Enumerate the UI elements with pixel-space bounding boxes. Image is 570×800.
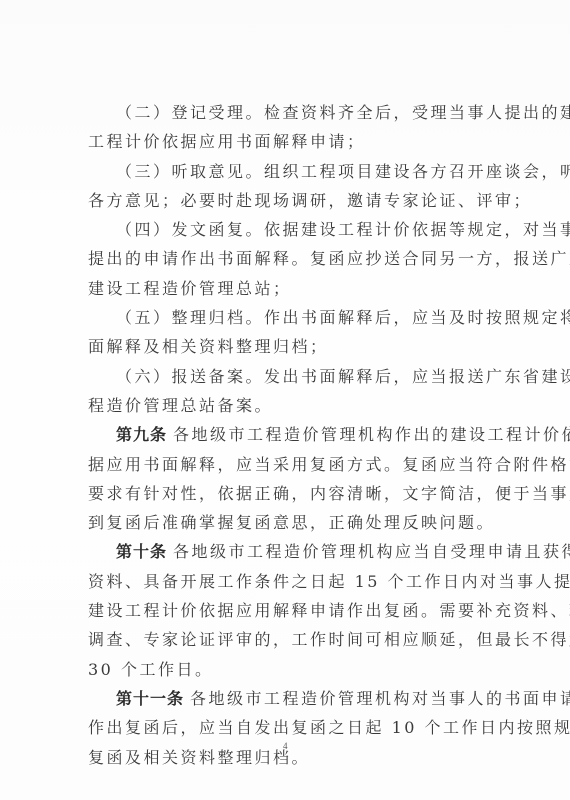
- article-line: 第十条各地级市工程造价管理机构应当自受理申请且获得: [88, 537, 502, 566]
- line-text: 建设工程造价管理总站；: [88, 279, 292, 298]
- line-text: （六）报送备案。发出书面解释后，应当报送广东省建设工: [116, 367, 570, 386]
- line-text: 建设工程计价依据应用解释申请作出复函。需要补充资料、现场: [88, 601, 570, 620]
- text-line: 各方意见；必要时赴现场调研，邀请专家论证、评审；: [88, 186, 502, 215]
- text-line: 程造价管理总站备案。: [88, 391, 502, 420]
- text-line: （六）报送备案。发出书面解释后，应当报送广东省建设工: [88, 362, 502, 391]
- text-line: （五）整理归档。作出书面解释后，应当及时按照规定将书: [88, 303, 502, 332]
- article-number: 第十一条: [116, 689, 184, 708]
- text-line: 复函及相关资料整理归档。: [88, 743, 502, 772]
- line-text: 各方意见；必要时赴现场调研，邀请专家论证、评审；: [88, 191, 532, 210]
- text-line: 资料、具备开展工作条件之日起 15 个工作日内对当事人提出的: [88, 567, 502, 596]
- text-line: （四）发文函复。依据建设工程计价依据等规定，对当事人: [88, 215, 502, 244]
- line-text: 30 个工作日。: [88, 660, 213, 679]
- text-line: 面解释及相关资料整理归档；: [88, 332, 502, 361]
- article-number: 第十条: [116, 542, 167, 561]
- article-line: 第九条各地级市工程造价管理机构作出的建设工程计价依: [88, 420, 502, 449]
- line-text: （二）登记受理。检查资料齐全后，受理当事人提出的建设: [116, 103, 570, 122]
- line-text: （四）发文函复。依据建设工程计价依据等规定，对当事人: [116, 220, 570, 239]
- line-text: 面解释及相关资料整理归档；: [88, 337, 329, 356]
- line-text: （五）整理归档。作出书面解释后，应当及时按照规定将书: [116, 308, 570, 327]
- page-number: 4: [283, 741, 288, 751]
- line-text: 据应用书面解释，应当采用复函方式。复函应当符合附件格式，: [88, 455, 570, 474]
- text-line: 调查、专家论证评审的，工作时间可相应顺延，但最长不得超过: [88, 625, 502, 654]
- line-text: 资料、具备开展工作条件之日起 15 个工作日内对当事人提出的: [88, 572, 570, 591]
- line-text: 程造价管理总站备案。: [88, 396, 273, 415]
- line-text: 作出复函后，应当自发出复函之日起 10 个工作日内按照规定将: [88, 718, 570, 737]
- line-text: 调查、专家论证评审的，工作时间可相应顺延，但最长不得超过: [88, 630, 570, 649]
- line-text: 复函及相关资料整理归档。: [88, 748, 310, 767]
- text-line: 提出的申请作出书面解释。复函应抄送合同另一方，报送广东省: [88, 244, 502, 273]
- line-text: 到复函后准确掌握复函意思，正确处理反映问题。: [88, 513, 495, 532]
- text-line: 作出复函后，应当自发出复函之日起 10 个工作日内按照规定将: [88, 713, 502, 742]
- article-number: 第九条: [116, 425, 167, 444]
- text-line: 工程计价依据应用书面解释申请；: [88, 127, 502, 156]
- text-line: 30 个工作日。: [88, 655, 502, 684]
- text-line: 到复函后准确掌握复函意思，正确处理反映问题。: [88, 508, 502, 537]
- line-text: 各地级市工程造价管理机构作出的建设工程计价依: [173, 425, 570, 444]
- text-line: 建设工程造价管理总站；: [88, 274, 502, 303]
- line-text: 提出的申请作出书面解释。复函应抄送合同另一方，报送广东省: [88, 249, 570, 268]
- document-page: （二）登记受理。检查资料齐全后，受理当事人提出的建设工程计价依据应用书面解释申请…: [0, 0, 570, 800]
- article-line: 第十一条各地级市工程造价管理机构对当事人的书面申请: [88, 684, 502, 713]
- line-text: （三）听取意见。组织工程项目建设各方召开座谈会，听取: [116, 162, 570, 181]
- text-line: （二）登记受理。检查资料齐全后，受理当事人提出的建设: [88, 98, 502, 127]
- document-body: （二）登记受理。检查资料齐全后，受理当事人提出的建设工程计价依据应用书面解释申请…: [88, 98, 502, 772]
- text-line: 据应用书面解释，应当采用复函方式。复函应当符合附件格式，: [88, 450, 502, 479]
- text-line: 建设工程计价依据应用解释申请作出复函。需要补充资料、现场: [88, 596, 502, 625]
- text-line: （三）听取意见。组织工程项目建设各方召开座谈会，听取: [88, 157, 502, 186]
- line-text: 各地级市工程造价管理机构对当事人的书面申请: [190, 689, 570, 708]
- line-text: 各地级市工程造价管理机构应当自受理申请且获得: [173, 542, 570, 561]
- line-text: 工程计价依据应用书面解释申请；: [88, 132, 366, 151]
- text-line: 要求有针对性，依据正确，内容清晰，文字简洁，便于当事人接: [88, 479, 502, 508]
- line-text: 要求有针对性，依据正确，内容清晰，文字简洁，便于当事人接: [88, 484, 570, 503]
